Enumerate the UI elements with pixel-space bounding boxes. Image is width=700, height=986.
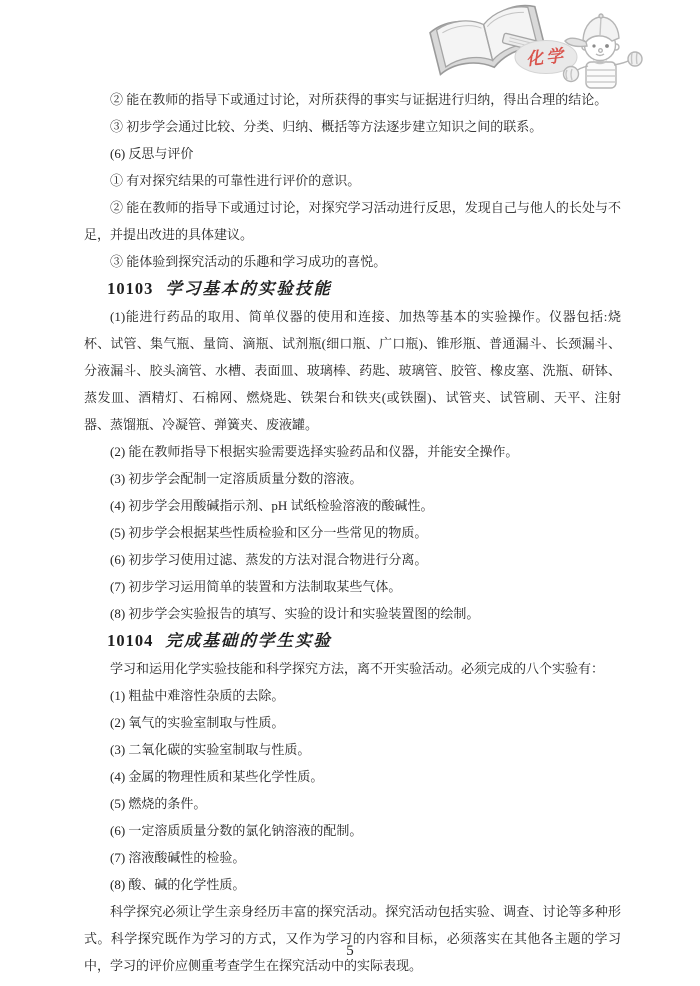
paragraph: (4) 初步学会用酸碱指示剂、pH 试纸检验溶液的酸碱性。 bbox=[84, 492, 621, 519]
paragraph: (1) 粗盐中难溶性杂质的去除。 bbox=[84, 682, 621, 709]
paragraph: (3) 初步学会配制一定溶质质量分数的溶液。 bbox=[84, 465, 621, 492]
paragraph: ③ 能体验到探究活动的乐趣和学习成功的喜悦。 bbox=[84, 248, 621, 275]
paragraph: ② 能在教师的指导下或通过讨论，对探究学习活动进行反思，发现自己与他人的长处与不… bbox=[84, 194, 621, 248]
paragraph: (6) 一定溶质质量分数的氯化钠溶液的配制。 bbox=[84, 817, 621, 844]
paragraph: (6) 初步学习使用过滤、蒸发的方法对混合物进行分离。 bbox=[84, 546, 621, 573]
paragraph: (5) 初步学会根据某些性质检验和区分一些常见的物质。 bbox=[84, 519, 621, 546]
paragraph: (8) 酸、碱的化学性质。 bbox=[84, 871, 621, 898]
paragraph: ① 有对探究结果的可靠性进行评价的意识。 bbox=[84, 167, 621, 194]
paragraph: ③ 初步学会通过比较、分类、归纳、概括等方法逐步建立知识之间的联系。 bbox=[84, 113, 621, 140]
paragraph: (7) 初步学习运用简单的装置和方法制取某些气体。 bbox=[84, 573, 621, 600]
paragraph: 科学探究必须让学生亲身经历丰富的探究活动。探究活动包括实验、调查、讨论等多种形式… bbox=[84, 898, 621, 979]
section-number: 10104 bbox=[107, 631, 153, 650]
header-illustration: 化学 bbox=[428, 0, 658, 92]
section-number: 10103 bbox=[107, 279, 153, 298]
paragraph: 学习和运用化学实验技能和科学探究方法，离不开实验活动。必须完成的八个实验有： bbox=[84, 655, 621, 682]
paragraph: (1)能进行药品的取用、简单仪器的使用和连接、加热等基本的实验操作。仪器包括:烧… bbox=[84, 303, 621, 438]
page-number: 5 bbox=[0, 943, 700, 960]
paragraph: (8) 初步学会实验报告的填写、实验的设计和实验装置图的绘制。 bbox=[84, 600, 621, 627]
paragraph: (4) 金属的物理性质和某些化学性质。 bbox=[84, 763, 621, 790]
section-title: 学习基本的实验技能 bbox=[165, 279, 332, 298]
document-body: ② 能在教师的指导下或通过讨论，对所获得的事实与证据进行归纳，得出合理的结论。③… bbox=[84, 86, 621, 979]
document-page: 化学 bbox=[0, 0, 700, 986]
paragraph: ② 能在教师的指导下或通过讨论，对所获得的事实与证据进行归纳，得出合理的结论。 bbox=[84, 86, 621, 113]
section-heading: 10104完成基础的学生实验 bbox=[84, 627, 621, 655]
paragraph: (5) 燃烧的条件。 bbox=[84, 790, 621, 817]
paragraph: (3) 二氧化碳的实验室制取与性质。 bbox=[84, 736, 621, 763]
section-title: 完成基础的学生实验 bbox=[165, 631, 332, 650]
paragraph: (2) 氧气的实验室制取与性质。 bbox=[84, 709, 621, 736]
section-heading: 10103学习基本的实验技能 bbox=[84, 275, 621, 303]
paragraph: (2) 能在教师指导下根据实验需要选择实验药品和仪器，并能安全操作。 bbox=[84, 438, 621, 465]
paragraph: (7) 溶液酸碱性的检验。 bbox=[84, 844, 621, 871]
paragraph: (6) 反思与评价 bbox=[84, 140, 621, 167]
